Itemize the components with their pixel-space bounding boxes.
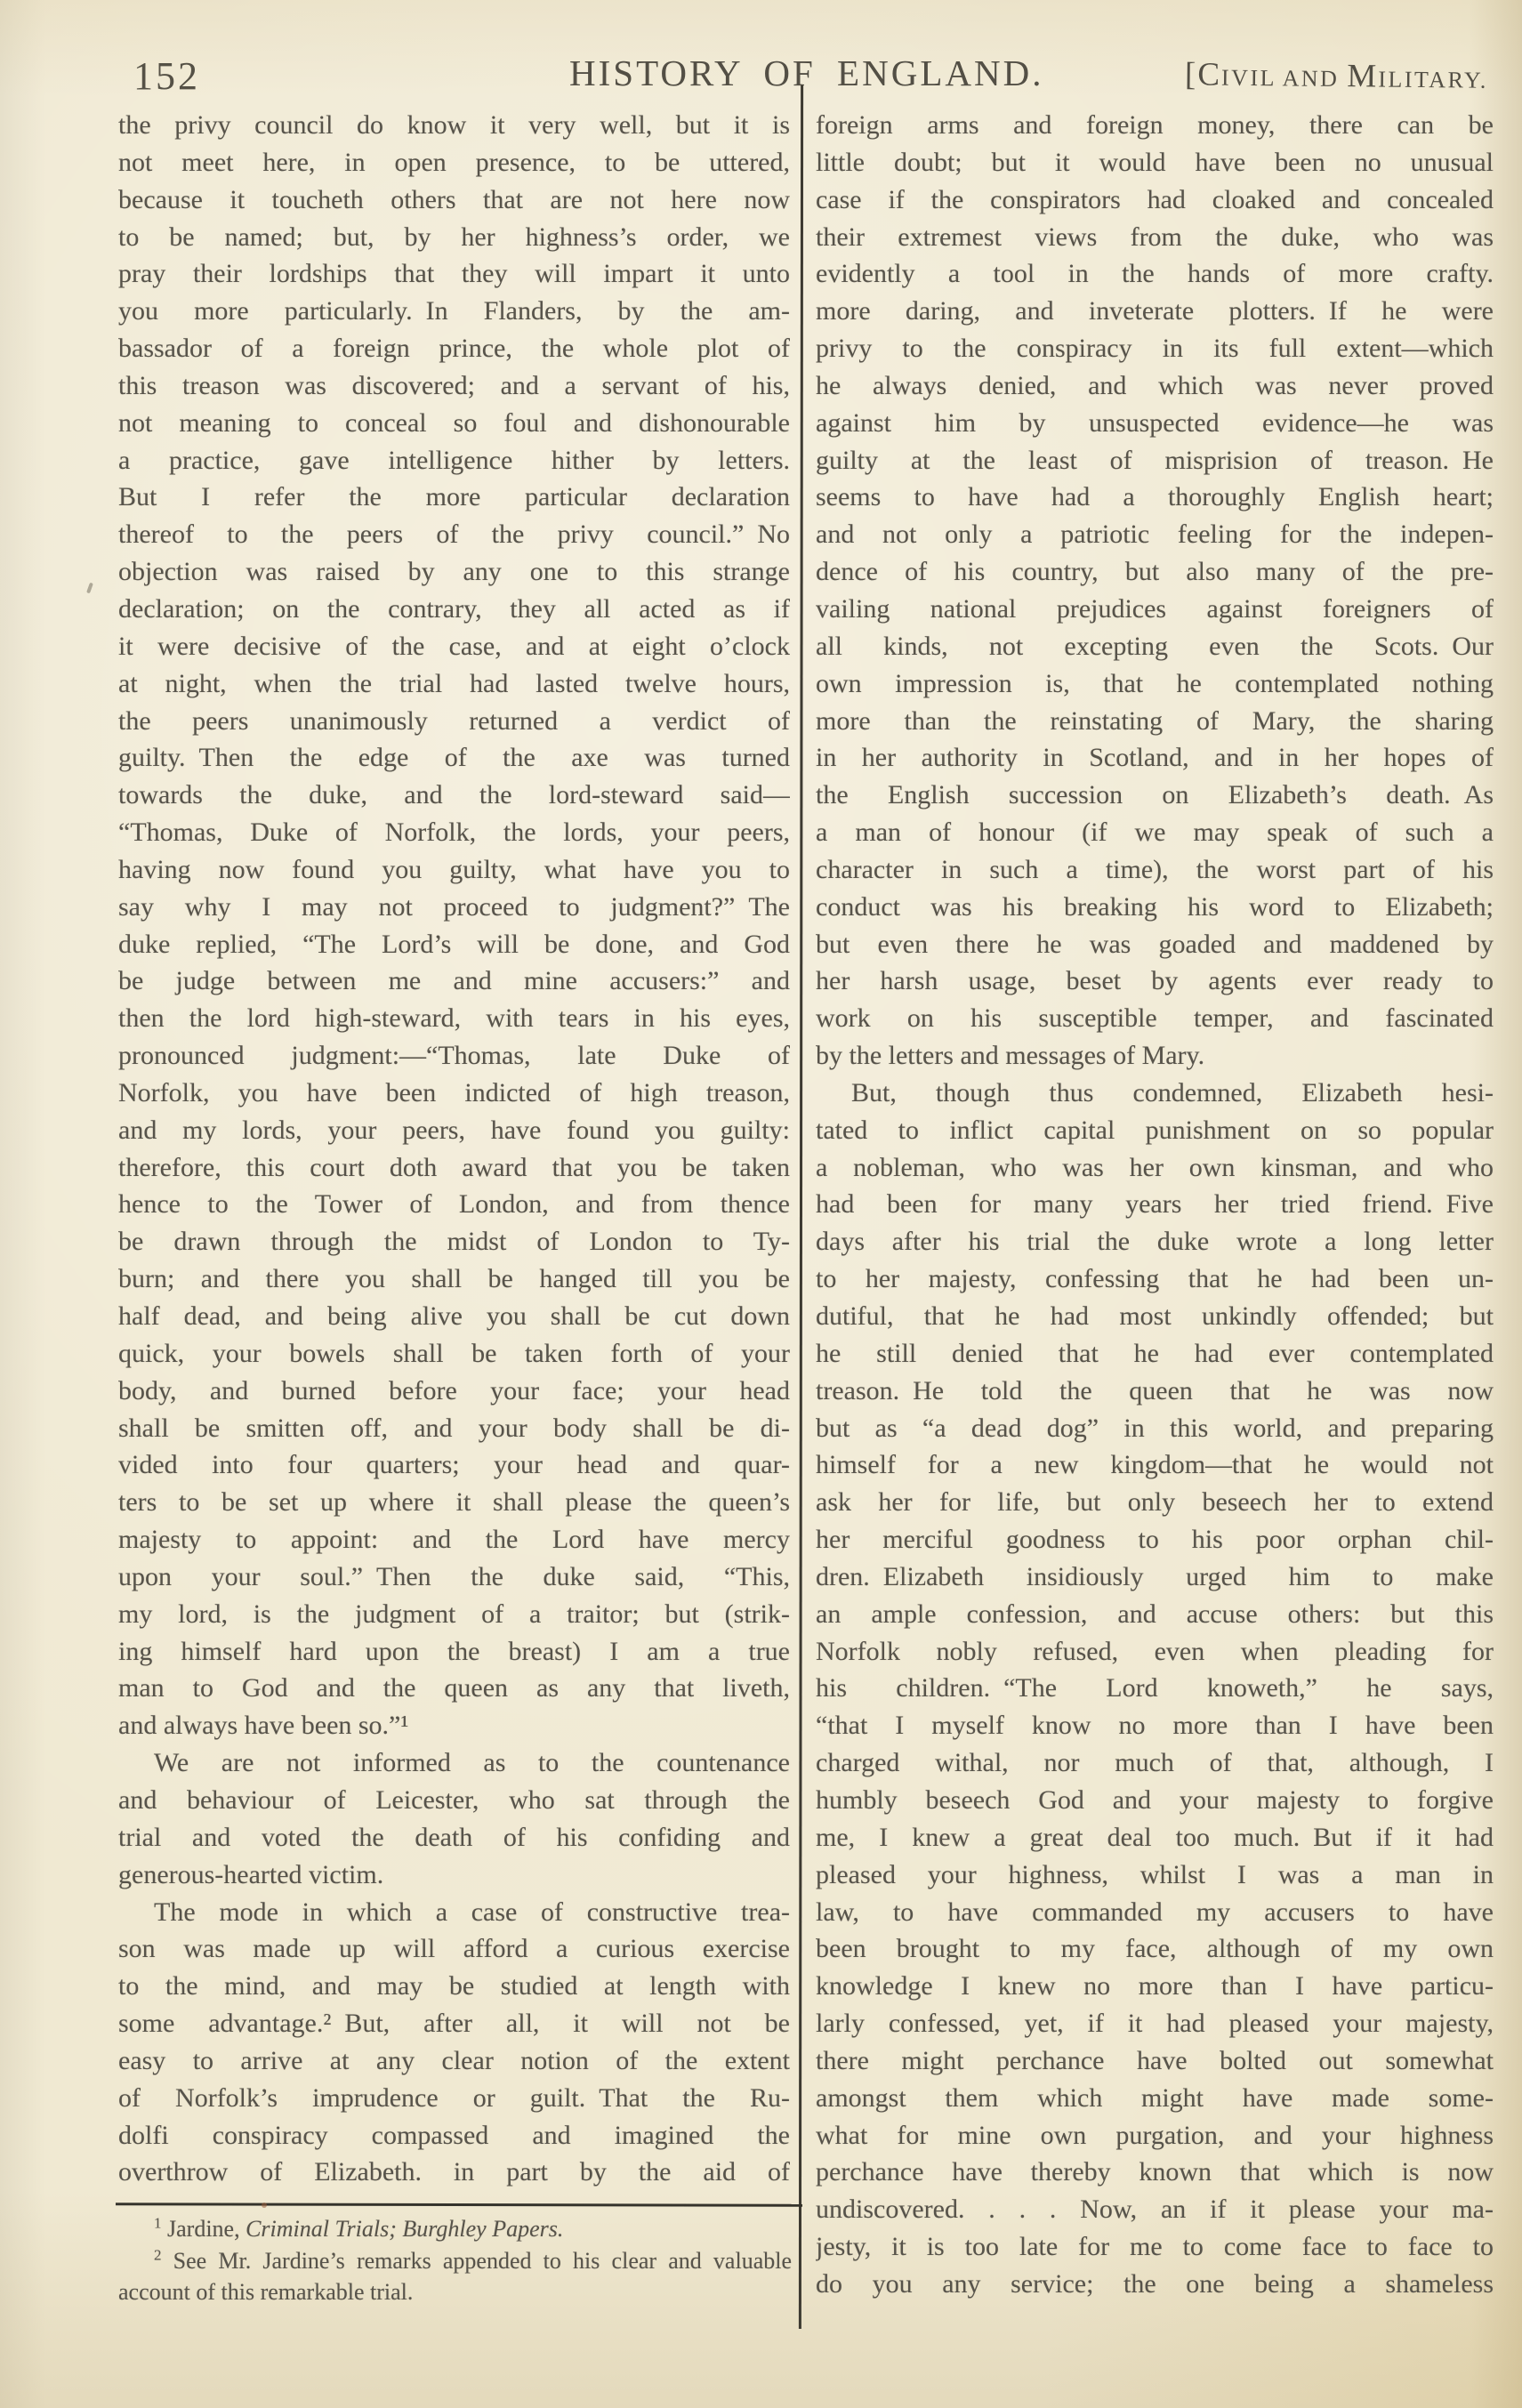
text-line: burn; and there you shall be hanged till… — [118, 1260, 790, 1298]
text-line: Norfolk nobly refused, even when pleadin… — [816, 1633, 1494, 1671]
text-line: foreign arms and foreign money, there ca… — [816, 107, 1494, 144]
text-line: my lord, is the judgment of a traitor; b… — [118, 1596, 790, 1633]
text-line: objection was raised by any one to this … — [118, 553, 790, 591]
text-line: to be named; but, by her highness’s orde… — [118, 219, 790, 256]
text-line: a nobleman, who was her own kinsman, and… — [816, 1149, 1494, 1187]
text-line: the privy council do know it very well, … — [118, 107, 790, 144]
text-line: at night, when the trial had lasted twel… — [118, 665, 790, 703]
text-line: half dead, and being alive you shall be … — [118, 1298, 790, 1335]
text-line: to the mind, and may be studied at lengt… — [118, 1968, 790, 2005]
text-line: seems to have had a thoroughly English h… — [816, 479, 1494, 516]
text-line: majesty to appoint: and the Lord have me… — [118, 1521, 790, 1558]
footnote-text-italic: Criminal Trials; Burghley Papers. — [246, 2216, 563, 2242]
text-line: treason. He told the queen that he was n… — [816, 1373, 1494, 1410]
text-line: and always have been so.”¹ — [118, 1707, 790, 1744]
text-line: duke replied, “The Lord’s will be done, … — [118, 926, 790, 963]
text-line: be judge between me and mine accusers:” … — [118, 962, 790, 1000]
text-line: body, and burned before your face; your … — [118, 1373, 790, 1410]
text-line: ask her for life, but only beseech her t… — [816, 1484, 1494, 1521]
running-head-section-part: [C — [1185, 56, 1221, 93]
text-line: hence to the Tower of London, and from t… — [118, 1186, 790, 1223]
text-line: an ample confession, and accuse others: … — [816, 1596, 1494, 1633]
text-line: conduct was his breaking his word to Eli… — [816, 889, 1494, 926]
text-line: of Norfolk’s imprudence or guilt. That t… — [118, 2080, 790, 2117]
column-divider-rule — [799, 85, 803, 2329]
text-line: there might perchance have bolted out so… — [816, 2042, 1494, 2080]
text-line: We are not informed as to the countenanc… — [118, 1744, 790, 1782]
text-line: shall be smitten off, and your body shal… — [118, 1410, 790, 1447]
scan-artifact — [86, 583, 93, 594]
running-head-section-part: M — [1347, 58, 1378, 94]
text-line: bassador of a foreign prince, the whole … — [118, 330, 790, 367]
text-line: perchance have thereby known that which … — [816, 2154, 1494, 2191]
running-head-section: [CIVIL AND MILITARY. — [1185, 55, 1488, 97]
text-line: generous-hearted victim. — [118, 1856, 790, 1894]
text-line: case if the conspirators had cloaked and… — [816, 181, 1494, 219]
scan-artifact — [262, 2203, 267, 2208]
text-line: man to God and the queen as any that liv… — [118, 1670, 790, 1707]
text-line: But, though thus condemned, Elizabeth he… — [816, 1075, 1494, 1112]
text-line: the peers unanimously returned a verdict… — [118, 703, 790, 740]
text-line: but as “a dead dog” in this world, and p… — [816, 1410, 1494, 1447]
text-line: had been for many years her tried friend… — [816, 1186, 1494, 1223]
text-line: it were decisive of the case, and at eig… — [118, 628, 790, 665]
text-line: a practice, gave intelligence hither by … — [118, 442, 790, 479]
text-line: dren. Elizabeth insidiously urged him to… — [816, 1558, 1494, 1596]
text-line: all kinds, not excepting even the Scots.… — [816, 628, 1494, 665]
text-line: their extremest views from the duke, who… — [816, 219, 1494, 256]
text-line: son was made up will afford a curious ex… — [118, 1930, 790, 1968]
text-line: then the lord high-steward, with tears i… — [118, 1000, 790, 1037]
text-line: himself for a new kingdom—that he would … — [816, 1446, 1494, 1484]
text-line: vided into four quarters; your head and … — [118, 1446, 790, 1484]
text-line: days after his trial the duke wrote a lo… — [816, 1223, 1494, 1260]
text-line: jesty, it is too late for me to come fac… — [816, 2228, 1494, 2266]
text-line: privy to the conspiracy in its full exte… — [816, 330, 1494, 367]
text-line: me, I knew a great deal too much. But if… — [816, 1819, 1494, 1856]
text-line: therefore, this court doth award that yo… — [118, 1149, 790, 1187]
text-line: towards the duke, and the lord-steward s… — [118, 777, 790, 814]
text-line: what for mine own purgation, and your hi… — [816, 2117, 1494, 2154]
running-head-title: HISTORY OF ENGLAND. — [569, 52, 1041, 94]
text-line: character in such a time), the worst par… — [816, 851, 1494, 889]
text-line: been brought to my face, although of my … — [816, 1930, 1494, 1968]
text-line: “that I myself know no more than I have … — [816, 1707, 1494, 1744]
text-line: pleased your highness, whilst I was a ma… — [816, 1856, 1494, 1894]
text-line: law, to have commanded my accusers to ha… — [816, 1894, 1494, 1931]
text-line: declaration; on the contrary, they all a… — [118, 591, 790, 628]
text-line: not meet here, in open presence, to be u… — [118, 144, 790, 181]
text-line: you more particularly. In Flanders, by t… — [118, 293, 790, 330]
text-line: in her authority in Scotland, and in her… — [816, 739, 1494, 777]
text-line: this treason was discovered; and a serva… — [118, 367, 790, 405]
text-line: dolfi conspiracy compassed and imagined … — [118, 2117, 790, 2154]
text-line: evidently a tool in the hands of more cr… — [816, 255, 1494, 293]
running-head-section-part: IVIL AND — [1221, 65, 1348, 92]
text-line: Norfolk, you have been indicted of high … — [118, 1075, 790, 1112]
text-line: and not only a patriotic feeling for the… — [816, 516, 1494, 553]
footnote-text: Jardine, — [162, 2216, 246, 2242]
text-line: having now found you guilty, what have y… — [118, 851, 790, 889]
text-line: and behaviour of Leicester, who sat thro… — [118, 1782, 790, 1819]
text-line: her harsh usage, beset by agents ever re… — [816, 962, 1494, 1000]
text-line: her merciful goodness to his poor orphan… — [816, 1521, 1494, 1558]
text-line: he still denied that he had ever contemp… — [816, 1335, 1494, 1373]
text-line: some advantage.² But, after all, it will… — [118, 2005, 790, 2042]
footnote-marker: 1 — [154, 2214, 162, 2231]
text-line: he always denied, and which was never pr… — [816, 367, 1494, 405]
text-line: ters to be set up where it shall please … — [118, 1484, 790, 1521]
text-line: more than the reinstating of Mary, the s… — [816, 703, 1494, 740]
text-line: upon your soul.” Then the duke said, “Th… — [118, 1558, 790, 1596]
text-line: guilty at the least of misprision of tre… — [816, 442, 1494, 479]
text-line: easy to arrive at any clear notion of th… — [118, 2042, 790, 2080]
text-line: because it toucheth others that are not … — [118, 181, 790, 219]
footnotes: 1 Jardine, Criminal Trials; Burghley Pap… — [118, 2213, 792, 2308]
text-line: against him by unsuspected evidence—he w… — [816, 405, 1494, 442]
text-line: ing himself hard upon the breast) I am a… — [118, 1633, 790, 1671]
text-line: his children. “The Lord knoweth,” he say… — [816, 1670, 1494, 1707]
text-line: but even there he was goaded and maddene… — [816, 926, 1494, 963]
text-line: dence of his country, but also many of t… — [816, 553, 1494, 591]
text-line: more daring, and inveterate plotters. If… — [816, 293, 1494, 330]
text-line: knowledge I knew no more than I have par… — [816, 1968, 1494, 2005]
footnote-text: See Mr. Jardine’s remarks appended to hi… — [118, 2248, 792, 2306]
text-line: “Thomas, Duke of Norfolk, the lords, you… — [118, 814, 790, 851]
footnote-marker: 2 — [154, 2246, 162, 2263]
footnote-1: 1 Jardine, Criminal Trials; Burghley Pap… — [118, 2213, 792, 2245]
text-line: do you any service; the one being a sham… — [816, 2266, 1494, 2303]
right-column-lines: foreign arms and foreign money, there ca… — [816, 107, 1494, 2303]
text-line: little doubt; but it would have been no … — [816, 144, 1494, 181]
text-line: own impression is, that he contemplated … — [816, 665, 1494, 703]
text-line: thereof to the peers of the privy counci… — [118, 516, 790, 553]
text-line: humbly beseech God and your majesty to f… — [816, 1782, 1494, 1819]
text-line: pray their lordships that they will impa… — [118, 255, 790, 293]
text-line: dutiful, that he had most unkindly offen… — [816, 1298, 1494, 1335]
text-line: not meaning to conceal so foul and disho… — [118, 405, 790, 442]
text-line: be drawn through the midst of London to … — [118, 1223, 790, 1260]
text-line: overthrow of Elizabeth. in part by the a… — [118, 2154, 790, 2191]
left-column-lines: the privy council do know it very well, … — [118, 107, 790, 2191]
book-page: 152 HISTORY OF ENGLAND. [CIVIL AND MILIT… — [0, 0, 1522, 2408]
text-line: charged withal, nor much of that, althou… — [816, 1744, 1494, 1782]
text-line: larly confessed, yet, if it had pleased … — [816, 2005, 1494, 2042]
text-line: quick, your bowels shall be taken forth … — [118, 1335, 790, 1373]
text-line: by the letters and messages of Mary. — [816, 1037, 1494, 1075]
text-line: the English succession on Elizabeth’s de… — [816, 777, 1494, 814]
footnote-2: 2 See Mr. Jardine’s remarks appended to … — [118, 2245, 792, 2308]
text-line: work on his susceptible temper, and fasc… — [816, 1000, 1494, 1037]
text-line: guilty. Then the edge of the axe was tur… — [118, 739, 790, 777]
text-line: amongst them which might have made some- — [816, 2080, 1494, 2117]
text-line: and my lords, your peers, have found you… — [118, 1112, 790, 1149]
text-line: But I refer the more particular declarat… — [118, 479, 790, 516]
running-head-section-part: ILITARY. — [1378, 66, 1488, 93]
text-line: The mode in which a case of constructive… — [118, 1894, 790, 1931]
footnote-separator-rule — [116, 2203, 802, 2207]
text-line: undiscovered. . . . Now, an if it please… — [816, 2191, 1494, 2228]
page-number: 152 — [133, 53, 200, 99]
text-line: tated to inflict capital punishment on s… — [816, 1112, 1494, 1149]
text-line: pronounced judgment:—“Thomas, late Duke … — [118, 1037, 790, 1075]
text-line: vailing national prejudices against fore… — [816, 591, 1494, 628]
text-line: a man of honour (if we may speak of such… — [816, 814, 1494, 851]
text-line: to her majesty, confessing that he had b… — [816, 1260, 1494, 1298]
text-line: trial and voted the death of his confidi… — [118, 1819, 790, 1856]
text-line: say why I may not proceed to judgment?” … — [118, 889, 790, 926]
